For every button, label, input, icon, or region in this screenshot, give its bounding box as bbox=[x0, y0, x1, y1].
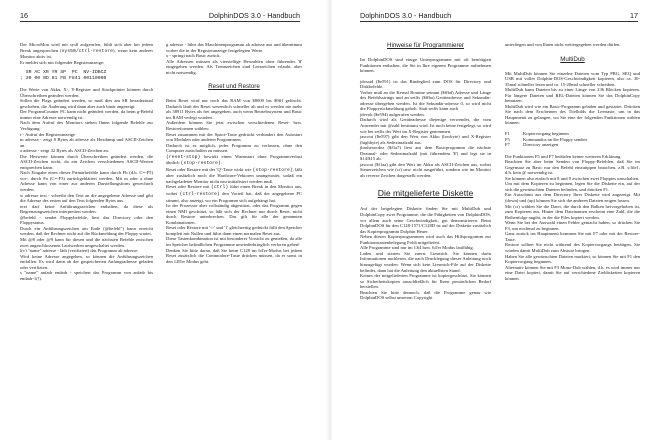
page-number: 17 bbox=[630, 11, 638, 20]
running-title: DolphinDOS 3.0 - Handbuch bbox=[209, 11, 300, 20]
paragraph: Dadurch wird als Geräteadresse diejenige… bbox=[360, 117, 491, 134]
paragraph: Auf der beigelegten Diskette finden Sie … bbox=[360, 206, 491, 234]
paragraph: Mit @8 oder @9 kann für diesen und die n… bbox=[20, 237, 153, 248]
function-label: Directory anzeigen bbox=[523, 142, 558, 148]
page-number: 16 bbox=[20, 11, 28, 20]
paragraph: Beim Reset wird nur noch das RAM von $80… bbox=[166, 98, 302, 120]
paragraph: Die Werte von Akku, X-, Y-Register und S… bbox=[20, 87, 153, 98]
command-l: l(v) "name" adresse - lädt (verifiziert)… bbox=[20, 248, 153, 254]
command-s: s "name" anfadr endadr - speichert das P… bbox=[20, 270, 153, 281]
paragraph: Vorher muß an die Kernal Routine setnam … bbox=[360, 90, 491, 112]
paragraph: Reset oder Restore mit (ctrl) führt eine… bbox=[166, 184, 302, 203]
paragraph: unterliegen und von Ihnen nicht weiterge… bbox=[505, 42, 640, 48]
paragraph: Diese Tastenkombination ist mit besonder… bbox=[166, 236, 302, 247]
paragraph: Er meldet sich mit folgender Registeranz… bbox=[20, 60, 153, 66]
left-page: 16 DolphinDOS 3.0 - Handbuch Der MicroMo… bbox=[0, 0, 328, 440]
paragraph: Keines der mitgelieferten Programme ist … bbox=[360, 273, 491, 290]
paragraph: Reset oder Restore mit '<-' und '1' glei… bbox=[166, 225, 302, 236]
register-display: SR AC XR YR SP PC NV-IDBCZ; 30 00 0D 81 … bbox=[20, 70, 153, 82]
paragraph: jbashexordez ($f1a7) liest aus dem Basic… bbox=[360, 145, 491, 162]
text: Reset oder Restore mit bbox=[166, 184, 211, 189]
paragraph: MultiDub wird wie ein Basic-Programm gel… bbox=[505, 104, 640, 126]
command-g: g adresse - führt das Maschinenprogramm … bbox=[166, 42, 302, 53]
right-page: DolphinDOS 3.0 - Handbuch 17 Hinweise fü… bbox=[332, 0, 660, 440]
paragraph: Beachten Sie bitte dennoch, daß die Prog… bbox=[360, 290, 491, 301]
paragraph: Denken Sie bitte daran, daß Sie beim C12… bbox=[166, 248, 302, 265]
section-title-disk: Die mitgelieferte Diskette bbox=[360, 188, 491, 198]
paragraph: Nach Eingabe eines dieser Primärbefehle … bbox=[20, 170, 153, 192]
function-key: F7 bbox=[505, 142, 523, 148]
section-title-reset-restore: Reset und Restore bbox=[166, 83, 302, 91]
section-title-programmer-notes: Hinweise für Programmierer bbox=[360, 42, 491, 50]
running-title: DolphinDOS 3.0 - Handbuch bbox=[360, 11, 451, 20]
paragraph: Neben diesen Kopierprogrammen wird auch … bbox=[360, 234, 491, 245]
register-values: ; 30 00 0D 81 FB F841 00110000 bbox=[20, 76, 153, 82]
code: sys50/ctrl-restore bbox=[62, 49, 114, 54]
function-key-item: F7Directory anzeigen bbox=[505, 142, 640, 148]
paragraph: Ist der Prozessor aber vollständig abges… bbox=[166, 203, 302, 225]
paragraph: MultiDub kann Dateien bis zu einer Länge… bbox=[505, 87, 640, 104]
right-page-header: DolphinDOS 3.0 - Handbuch 17 bbox=[360, 8, 638, 22]
paragraph: (reset-stop) bewirkt einen Warmstart ohn… bbox=[166, 154, 302, 167]
paragraph: Durch ein Anführungszeichen am Ende (@be… bbox=[20, 226, 153, 237]
command-w: w adresse text - schreibt den Text an di… bbox=[20, 193, 153, 204]
function-key-list: F1Kopiervorgang beginnen F5Kommandos an … bbox=[505, 131, 640, 148]
paragraph: Mit MultiDub können Sie einzelne Dateien… bbox=[505, 71, 640, 88]
paragraph: Dadurch ist es möglich, jedes Programm z… bbox=[166, 143, 302, 154]
command-m: m adresse - zeigt 8 Bytes ab adresse als… bbox=[20, 137, 153, 148]
paragraph: Reset zusammen mit der Space-Taste gedrü… bbox=[166, 132, 302, 143]
left-column-2: g adresse - führt das Maschinenprogramm … bbox=[166, 42, 302, 264]
left-column-1: Der MicroMon wird mit sys8 aufgerufen, f… bbox=[20, 42, 153, 281]
code: (stop-restore) bbox=[181, 161, 221, 166]
paragraph: Laden und starten Sie zuerst Liesmich. S… bbox=[360, 251, 491, 273]
code: (reset-stop) bbox=[166, 155, 200, 160]
right-column-2: unterliegen und von Ihnen nicht weiterge… bbox=[505, 42, 640, 281]
paragraph: Alle Adressen müssen als vierstellige He… bbox=[166, 59, 302, 76]
command-at: @befehl - sendet Floppybefehle, liest da… bbox=[20, 215, 153, 226]
paragraph: Haben Sie alle gewünschten Dateien marki… bbox=[505, 254, 640, 265]
paragraph: Reset oder Restore mit der 'Q'-Taste wir… bbox=[166, 167, 302, 185]
paragraph: Alternativ können Sie mit F3 Mono-Dub wä… bbox=[505, 265, 640, 282]
paragraph: jascout ($f1aa) gibt den Wert im Akku al… bbox=[360, 162, 491, 179]
paragraph: Die Hexwerte können durch Überschreiben … bbox=[20, 154, 153, 171]
right-column-1: Hinweise für Programmierer Im DolphinDOS… bbox=[360, 42, 491, 301]
paragraph: Restore sollten Sie nicht während des Ko… bbox=[505, 242, 640, 253]
text: Reset oder Restore mit der 'Q'-Taste wir… bbox=[166, 167, 253, 172]
paragraph: jascout ($e597) gibt den Wert von Akku (… bbox=[360, 134, 491, 145]
paragraph: Der MicroMon wird mit sys8 aufgerufen, f… bbox=[20, 42, 153, 60]
paragraph: Im DolphinDOS sind einige Unterprogramme… bbox=[360, 57, 491, 74]
paragraph: Ganz zurück ins Hauptmenü kommen Sie mit… bbox=[505, 231, 640, 242]
code: (ctrl-restore) bbox=[180, 192, 220, 197]
text: . bbox=[221, 160, 222, 165]
paragraph: Wird keine Adresse angegeben, so können … bbox=[20, 254, 153, 271]
code: (ctrl) bbox=[211, 185, 228, 190]
paragraph: Wenn Sie bei der Auswahl einen Fehler ge… bbox=[505, 220, 640, 231]
paragraph: Außerdem können Sie jetzt zwischen versc… bbox=[166, 120, 302, 131]
section-title-multidub: MultiDub bbox=[505, 56, 640, 64]
paragraph: Mit (cr) wählen Sie die Datei, die durch… bbox=[505, 204, 640, 221]
paragraph: Um mit dem Kopieren zu beginnen, legen S… bbox=[505, 181, 640, 192]
left-page-header: 16 DolphinDOS 3.0 - Handbuch bbox=[20, 8, 300, 22]
paragraph: Sollen die Flags geändert werden, so muß… bbox=[20, 98, 153, 109]
paragraph: text darf keine Anführungszeichen enthal… bbox=[20, 204, 153, 215]
paragraph: Der ProgramCounter PC kann nicht geänder… bbox=[20, 109, 153, 120]
code: (stop-restore) bbox=[253, 168, 293, 173]
paragraph: jdosaid ($e591) ist das Bindeglied zum D… bbox=[360, 79, 491, 90]
paragraph: Ein Ausschnitt aus dem Directory Ihrer D… bbox=[505, 192, 640, 203]
paragraph: Nach dem Aufruf des Monitors stehen Ihne… bbox=[20, 120, 153, 131]
paragraph: Beachten Sie aber beim Senden von Floppy… bbox=[505, 159, 640, 176]
